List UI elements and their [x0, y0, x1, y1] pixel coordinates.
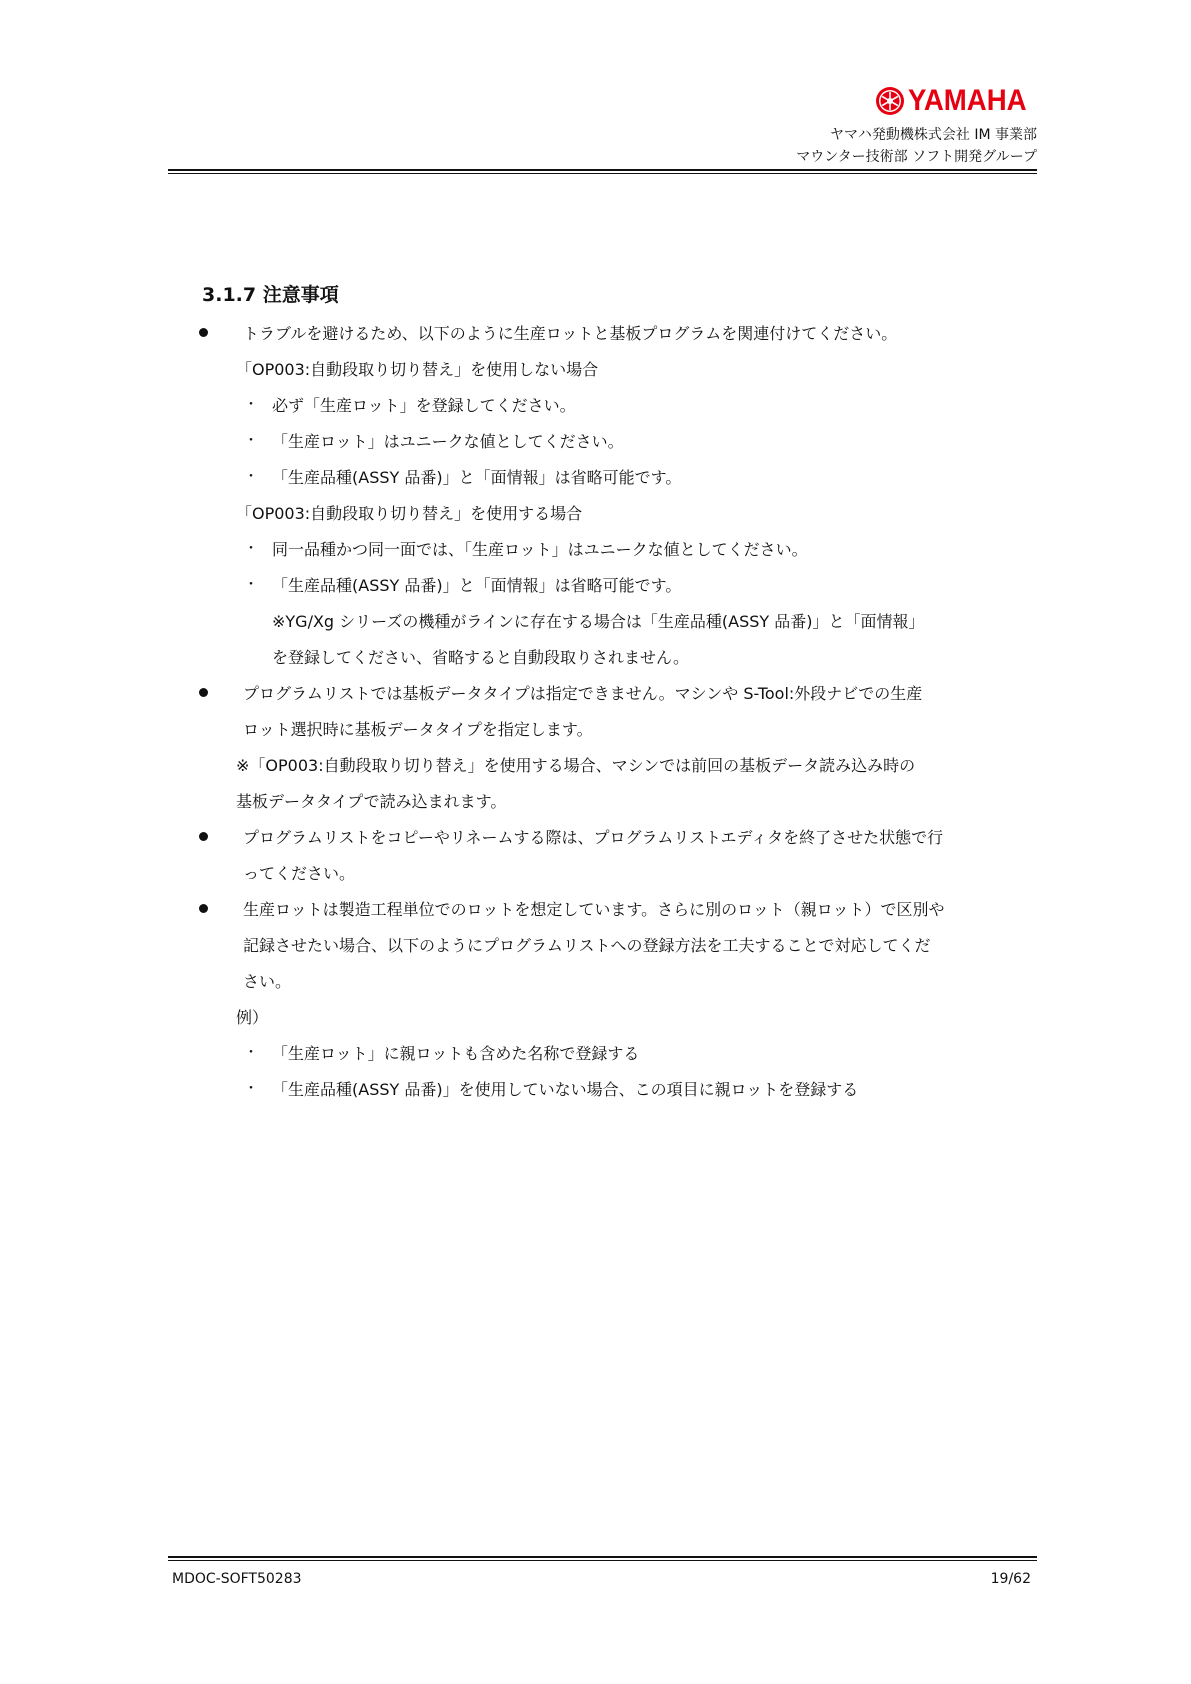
case-2-item: 同一品種かつ同一面では、「生産ロット」はユニークな値としてください。 — [272, 537, 808, 560]
case-2-note: ※YG/Xg シリーズの機種がラインに存在する場合は「生産品種(ASSY 品番)… — [272, 609, 925, 632]
document-id: MDOC-SOFT50283 — [172, 1571, 302, 1587]
bullet-4-text-cont: 記録させたい場合、以下のようにプログラムリストへの登録方法を工夫することで対応し… — [243, 933, 931, 956]
bullet-4-text-end: さい。 — [243, 969, 291, 992]
bullet-2-note: ※「OP003:自動段取り切り替え」を使用する場合、マシンでは前回の基板データ読… — [236, 753, 915, 776]
bullet-4-text: 生産ロットは製造工程単位でのロットを想定しています。さらに別のロット（親ロット）… — [243, 897, 944, 920]
case-1-item: 「生産品種(ASSY 品番)」と「面情報」は省略可能です。 — [272, 465, 681, 488]
bullet-3-text-cont: ってください。 — [243, 861, 355, 884]
case-2-heading: 「OP003:自動段取り切り替え」を使用する場合 — [236, 501, 582, 524]
sub-bullet-icon: ・ — [244, 394, 258, 414]
case-1-item: 「生産ロット」はユニークな値としてください。 — [272, 429, 624, 452]
bullet-1-text: トラブルを避けるため、以下のように生産ロットと基板プログラムを関連付けてください… — [243, 321, 897, 344]
bullet-icon — [199, 688, 208, 697]
footer-divider — [168, 1556, 1037, 1561]
bullet-2-text-cont: ロット選択時に基板データタイプを指定します。 — [243, 717, 593, 740]
sub-bullet-icon: ・ — [244, 1042, 258, 1062]
sub-bullet-icon: ・ — [244, 1078, 258, 1098]
company-group: マウンター技術部 ソフト開発グループ — [796, 146, 1037, 168]
section-title: 3.1.7 注意事項 — [202, 280, 339, 307]
case-2-item: 「生産品種(ASSY 品番)」と「面情報」は省略可能です。 — [272, 573, 681, 596]
tuning-fork-emblem-icon — [875, 86, 905, 116]
case-2-note-cont: を登録してください、省略すると自動段取りされません。 — [272, 645, 689, 668]
sub-bullet-icon: ・ — [244, 466, 258, 486]
bullet-2-note-cont: 基板データタイプで読み込まれます。 — [236, 789, 506, 812]
yamaha-logo: YAMAHA — [875, 86, 1037, 116]
example-item: 「生産品種(ASSY 品番)」を使用していない場合、この項目に親ロットを登録する — [272, 1077, 858, 1100]
sub-bullet-icon: ・ — [244, 538, 258, 558]
header-divider — [168, 169, 1037, 174]
logo-wordmark: YAMAHA — [908, 86, 1027, 116]
case-1-item: 必ず「生産ロット」を登録してください。 — [272, 393, 576, 416]
bullet-icon — [199, 904, 208, 913]
company-division: ヤマハ発動機株式会社 IM 事業部 — [796, 124, 1037, 146]
example-item: 「生産ロット」に親ロットも含めた名称で登録する — [272, 1041, 639, 1064]
company-info: ヤマハ発動機株式会社 IM 事業部 マウンター技術部 ソフト開発グループ — [796, 124, 1037, 168]
case-1-heading: 「OP003:自動段取り切り替え」を使用しない場合 — [236, 357, 598, 380]
bullet-2-text: プログラムリストでは基板データタイプは指定できません。マシンや S-Tool:外… — [243, 681, 922, 704]
bullet-3-text: プログラムリストをコピーやリネームする際は、プログラムリストエディタを終了させた… — [243, 825, 943, 848]
bullet-icon — [199, 328, 208, 337]
sub-bullet-icon: ・ — [244, 430, 258, 450]
bullet-icon — [199, 832, 208, 841]
example-label: 例） — [236, 1005, 268, 1028]
sub-bullet-icon: ・ — [244, 574, 258, 594]
page-number: 19/62 — [991, 1571, 1031, 1587]
